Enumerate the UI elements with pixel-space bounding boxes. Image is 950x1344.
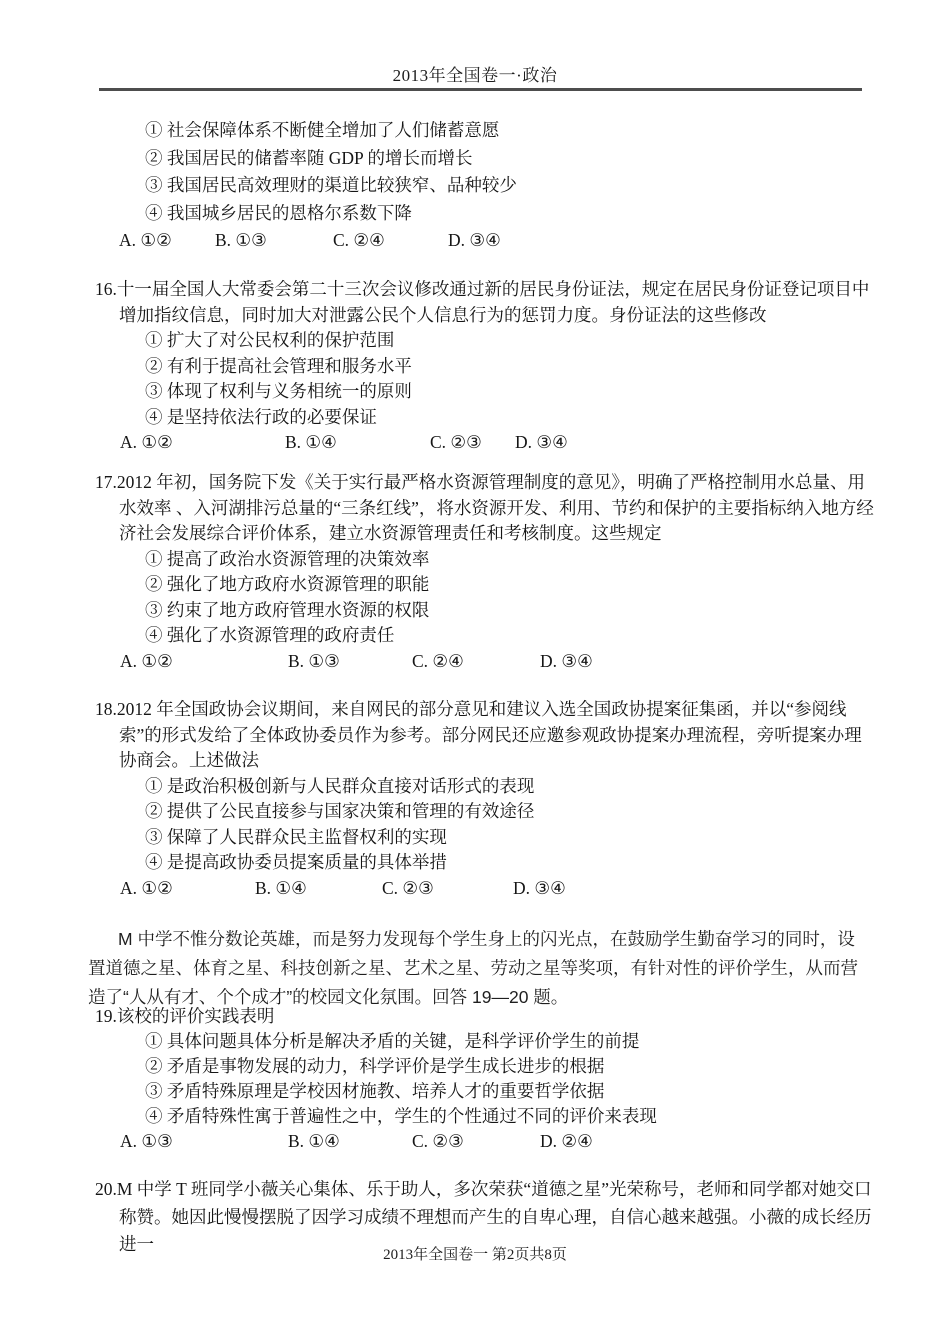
option-c: C. ②④	[412, 649, 464, 675]
question-17: 17.2012 年初，国务院下发《关于实行最严格水资源管理制度的意见》，明确了严…	[95, 470, 877, 676]
option-b: B. ①④	[285, 430, 337, 456]
question-stem-text: 十一届全国人大常委会第二十三次会议修改通过新的居民身份证法，规定在居民身份证登记…	[117, 279, 870, 325]
question-16: 16.十一届全国人大常委会第二十三次会议修改通过新的居民身份证法，规定在居民身份…	[95, 277, 877, 457]
option-a: A. ①②	[120, 876, 173, 902]
question-number: 16.	[95, 279, 117, 299]
option-a: A. ①②	[120, 430, 173, 456]
choice-item-3: ③ 体现了权利与义务相统一的原则	[145, 379, 877, 405]
choice-item-4: ④ 强化了水资源管理的政府责任	[145, 623, 877, 649]
exam-page: 2013年全国卷一·政治 ① 社会保障体系不断健全增加了人们储蓄意愿 ② 我国居…	[0, 0, 950, 1344]
choice-item-2: ② 我国居民的储蓄率随 GDP 的增长而增长	[145, 145, 877, 173]
choice-item-1: ① 具体问题具体分析是解决矛盾的关键，是科学评价学生的前提	[145, 1029, 877, 1054]
choice-item-3: ③ 约束了地方政府管理水资源的权限	[145, 598, 877, 624]
option-d: D. ③④	[513, 876, 566, 902]
choice-item-3: ③ 我国居民高效理财的渠道比较狭窄、品种较少	[145, 172, 877, 200]
choice-item-4: ④ 是提高政协委员提案质量的具体举措	[145, 850, 877, 876]
option-c: C. ②④	[333, 227, 385, 255]
option-c: C. ②③	[412, 1129, 464, 1154]
answer-options-row: A. ①② B. ①④ C. ②③ D. ③④	[95, 430, 877, 457]
question-stem: 18.2012 年全国政协会议期间，来自网民的部分意见和建议入选全国政协提案征集…	[95, 697, 877, 774]
choice-item-3: ③ 矛盾特殊原理是学校因材施教、培养人才的重要哲学依据	[145, 1079, 877, 1104]
question-stem-text: 2012 年初，国务院下发《关于实行最严格水资源管理制度的意见》，明确了严格控制…	[117, 472, 874, 543]
choice-item-1: ① 是政治积极创新与人民群众直接对话形式的表现	[145, 774, 877, 800]
answer-options-row: A. ①③ B. ①④ C. ②③ D. ②④	[95, 1129, 877, 1156]
choice-item-1: ① 社会保障体系不断健全增加了人们储蓄意愿	[145, 117, 877, 145]
option-a: A. ①③	[120, 1129, 173, 1154]
option-c: C. ②③	[382, 876, 434, 902]
choice-item-1: ① 提高了政治水资源管理的决策效率	[145, 547, 877, 573]
choice-item-2: ② 提供了公民直接参与国家决策和管理的有效途径	[145, 799, 877, 825]
question-stem: 19.该校的评价实践表明	[95, 1004, 877, 1029]
question-number: 17.	[95, 472, 117, 492]
question-15: ① 社会保障体系不断健全增加了人们储蓄意愿 ② 我国居民的储蓄率随 GDP 的增…	[95, 117, 877, 254]
choice-item-2: ② 矛盾是事物发展的动力，科学评价是学生成长进步的根据	[145, 1054, 877, 1079]
question-number: 18.	[95, 699, 117, 719]
question-stem-text: 该校的评价实践表明	[117, 1006, 275, 1026]
page-header-title: 2013年全国卷一·政治	[0, 66, 950, 86]
choice-item-4: ④ 矛盾特殊性寓于普遍性之中，学生的个性通过不同的评价来表现	[145, 1104, 877, 1129]
option-d: D. ③④	[448, 227, 501, 255]
question-stem-text: 2012 年全国政协会议期间，来自网民的部分意见和建议入选全国政协提案征集函，并…	[117, 699, 862, 770]
choice-item-2: ② 强化了地方政府水资源管理的职能	[145, 572, 877, 598]
option-a: A. ①②	[120, 649, 173, 675]
choice-item-4: ④ 我国城乡居民的恩格尔系数下降	[145, 200, 877, 228]
option-a: A. ①②	[119, 227, 172, 255]
question-stem: 17.2012 年初，国务院下发《关于实行最严格水资源管理制度的意见》，明确了严…	[95, 470, 877, 547]
question-18: 18.2012 年全国政协会议期间，来自网民的部分意见和建议入选全国政协提案征集…	[95, 697, 877, 903]
option-b: B. ①③	[288, 649, 340, 675]
answer-options-row: A. ①② B. ①③ C. ②④ D. ③④	[95, 227, 877, 254]
question-number: 20.	[95, 1179, 117, 1199]
choice-item-2: ② 有利于提高社会管理和服务水平	[145, 354, 877, 380]
page-footer: 2013年全国卷一 第2页共8页	[0, 1243, 950, 1264]
option-d: D. ③④	[515, 430, 568, 456]
answer-options-row: A. ①② B. ①③ C. ②④ D. ③④	[95, 649, 877, 676]
reading-passage: M 中学不惟分数论英雄，而是努力发现每个学生身上的闪光点，在鼓励学生勤奋学习的同…	[88, 925, 870, 1012]
question-stem: 16.十一届全国人大常委会第二十三次会议修改通过新的居民身份证法，规定在居民身份…	[95, 277, 877, 328]
choice-item-1: ① 扩大了对公民权利的保护范围	[145, 328, 877, 354]
option-b: B. ①④	[288, 1129, 340, 1154]
question-number: 19.	[95, 1006, 117, 1026]
option-d: D. ②④	[540, 1129, 593, 1154]
option-b: B. ①④	[255, 876, 307, 902]
header-divider	[99, 88, 862, 91]
question-19: 19.该校的评价实践表明 ① 具体问题具体分析是解决矛盾的关键，是科学评价学生的…	[95, 1004, 877, 1156]
choice-item-3: ③ 保障了人民群众民主监督权利的实现	[145, 825, 877, 851]
choice-item-4: ④ 是坚持依法行政的必要保证	[145, 405, 877, 431]
option-c: C. ②③	[430, 430, 482, 456]
option-d: D. ③④	[540, 649, 593, 675]
answer-options-row: A. ①② B. ①④ C. ②③ D. ③④	[95, 876, 877, 903]
option-b: B. ①③	[215, 227, 267, 255]
